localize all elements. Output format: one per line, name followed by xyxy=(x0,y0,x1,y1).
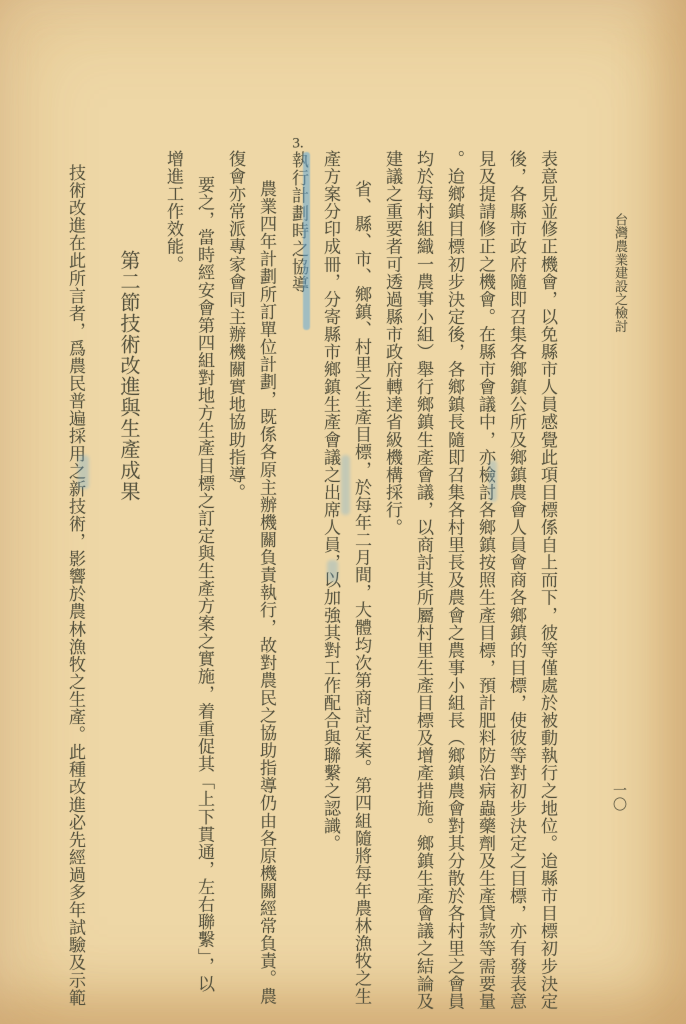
section-title: 技術改進與生產成果 xyxy=(117,313,139,502)
blue-smudge xyxy=(489,460,497,502)
text-column: 省、縣、市、鄉鎮、村里之生產目標，於每年二月間，大體均次第商討定案。第四組隨將每… xyxy=(350,150,372,1012)
subheading-column: 3.執行計劃時之協導 xyxy=(286,136,310,293)
blue-smudge xyxy=(327,560,338,582)
text-column: 農業四年計劃所訂單位計劃，既係各原主辦機關負責執行，故對農民之協助指導仍由各原機… xyxy=(255,150,277,1012)
section-heading-column: 第二節技術改進與生產成果 xyxy=(113,150,143,502)
text-column: 技術改進在此所言者，爲農民普遍採用之新技術，影響於農林漁牧之生產。此種改進必先經… xyxy=(64,150,86,1012)
blue-smudge xyxy=(78,455,89,489)
text-column: 增進工作效能。 xyxy=(162,150,184,1012)
text-column: 後，各縣市政府隨即召集各鄉鎮公所及鄉鎮農會人員會商各鄉鎮的目標，使彼等對初步決定… xyxy=(505,150,527,1012)
subheading-number: 3. xyxy=(290,136,306,151)
text-column: 復會亦常派專家會同主辦機關實地協助指導。 xyxy=(224,150,246,1012)
blue-highlight-mark xyxy=(303,152,310,330)
text-column: 表意見並修正機會，以免縣市人員感覺此項目標係自上而下，彼等僅處於被動執行之地位。… xyxy=(536,150,558,1012)
text-column: 建議之重要者可透過縣市政府轉達省級機構採行。 xyxy=(381,150,403,1012)
page-number: 一〇 xyxy=(608,783,628,811)
text-column: 見及提請修正之機會。在縣市會議中，亦檢討各鄉鎮按照生產目標，預計肥料防治病蟲藥劑… xyxy=(474,150,496,1012)
text-column: 要之，當時經安會第四組對地方生產目標之訂定與生產方案之實施，着重促其「上下貫通，… xyxy=(193,150,215,1012)
section-label: 第二節 xyxy=(117,250,139,313)
scanned-book-page: 台灣農業建設之檢討 一〇 表意見並修正機會，以免縣市人員感覺此項目標係自上而下，… xyxy=(0,0,686,1024)
blue-smudge xyxy=(341,455,350,515)
text-column: 。迨鄉鎮目標初步決定後，各鄉鎮長隨即召集各村里長及農會之農事小組長（鄉鎮農會對其… xyxy=(443,150,465,1012)
text-column: 均於每村組織一農事小組）舉行鄉鎮生產會議，以商討其所屬村里生產目標及增產措施。鄉… xyxy=(412,150,434,1012)
margin-title: 台灣農業建設之檢討 xyxy=(610,213,630,333)
main-text-block: 表意見並修正機會，以免縣市人員感覺此項目標係自上而下，彼等僅處於被動執行之地位。… xyxy=(64,150,558,1012)
